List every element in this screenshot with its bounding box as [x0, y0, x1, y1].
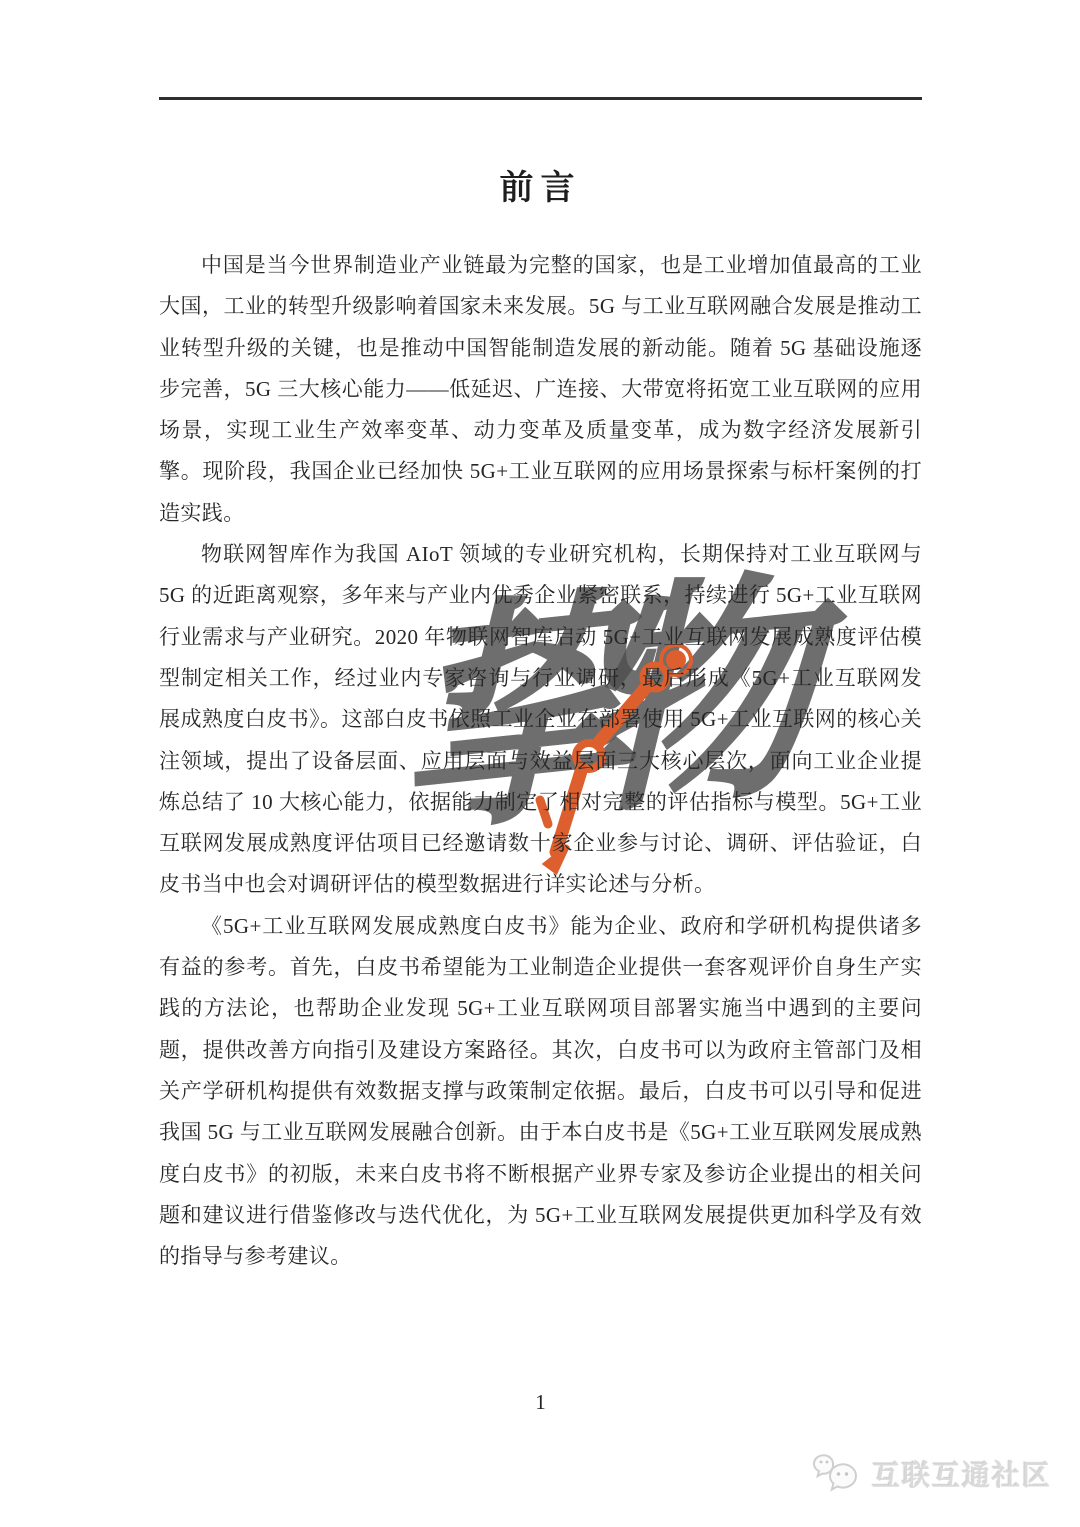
page-title: 前言	[159, 160, 922, 209]
paragraph-3: 《5G+工业互联网发展成熟度白皮书》能为企业、政府和学研机构提供诸多有益的参考。…	[159, 906, 922, 1278]
header-rule	[159, 97, 922, 100]
document-page: 前言 挚物 中国是当今世界制造业产业链最为完整的国家，也是工业	[0, 0, 1080, 1527]
paragraph-1: 中国是当今世界制造业产业链最为完整的国家，也是工业增加值最高的工业大国，工业的转…	[159, 245, 922, 534]
document-body: 中国是当今世界制造业产业链最为完整的国家，也是工业增加值最高的工业大国，工业的转…	[159, 245, 922, 1277]
page-number: 1	[159, 1390, 922, 1415]
paragraph-2: 物联网智库作为我国 AIoT 领域的专业研究机构，长期保持对工业互联网与 5G …	[159, 534, 922, 906]
wechat-chat-bubbles-icon	[812, 1452, 864, 1496]
community-watermark: 互联互通社区	[812, 1452, 1052, 1496]
community-label: 互联互通社区	[872, 1454, 1052, 1494]
